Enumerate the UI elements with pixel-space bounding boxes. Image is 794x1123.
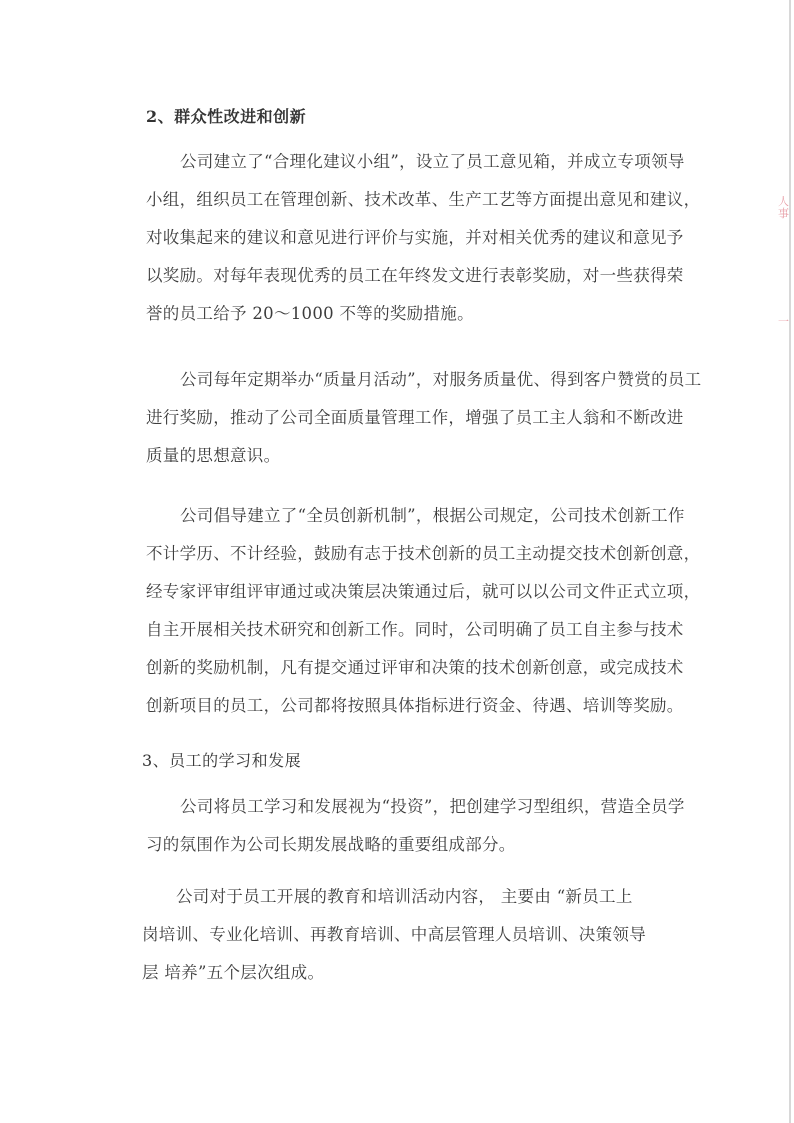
paragraph-suggestion-group: 公司建立了“合理化建议小组”，设立了员工意见箱，并成立专项领导 小组，组织员工在…	[146, 143, 726, 333]
paragraph-line: 习的氛围作为公司长期发展战略的重要组成部分。	[146, 826, 726, 864]
paragraph-line: 誉的员工给予 20～1000 不等的奖励措施。	[146, 295, 726, 333]
paragraph-line: 质量的思想意识。	[146, 437, 726, 475]
paragraph-line: 公司每年定期举办“质量月活动”，对服务质量优、得到客户赞赏的员工	[146, 361, 726, 399]
margin-stamp-middle: 一	[778, 316, 788, 328]
paragraph-line: 公司建立了“合理化建议小组”，设立了员工意见箱，并成立专项领导	[146, 143, 726, 181]
paragraph-line: 岗培训、专业化培训、再教育培训、中高层管理人员培训、决策领导	[142, 916, 722, 954]
paragraph-line: 公司将员工学习和发展视为“投资”，把创建学习型组织，营造全员学	[146, 788, 726, 826]
margin-stamp-top: 人事	[778, 196, 788, 220]
paragraph-line: 创新的奖励机制，凡有提交通过评审和决策的技术创新创意，或完成技术	[146, 649, 726, 687]
section-heading-2: 2、群众性改进和创新	[146, 104, 306, 127]
paragraph-line: 小组，组织员工在管理创新、技术改革、生产工艺等方面提出意见和建议，	[146, 181, 726, 219]
paragraph-training-levels: 公司对于员工开展的教育和培训活动内容， 主要由 “新员工上 岗培训、专业化培训、…	[142, 878, 722, 992]
paragraph-line: 以奖励。对每年表现优秀的员工在年终发文进行表彰奖励，对一些获得荣	[146, 257, 726, 295]
section-heading-3: 3、员工的学习和发展	[142, 748, 301, 771]
paragraph-quality-month: 公司每年定期举办“质量月活动”，对服务质量优、得到客户赞赏的员工 进行奖励，推动…	[146, 361, 726, 475]
paragraph-innovation-mechanism: 公司倡导建立了“全员创新机制”，根据公司规定，公司技术创新工作 不计学历、不计经…	[146, 497, 726, 725]
scan-edge-line	[789, 0, 791, 1123]
paragraph-line: 公司对于员工开展的教育和培训活动内容， 主要由 “新员工上	[142, 878, 722, 916]
paragraph-line: 层 培养”五个层次组成。	[142, 954, 722, 992]
paragraph-line: 对收集起来的建议和意见进行评价与实施，并对相关优秀的建议和意见予	[146, 219, 726, 257]
paragraph-line: 不计学历、不计经验，鼓励有志于技术创新的员工主动提交技术创新创意，	[146, 535, 726, 573]
paragraph-learning-investment: 公司将员工学习和发展视为“投资”，把创建学习型组织，营造全员学 习的氛围作为公司…	[146, 788, 726, 864]
paragraph-line: 创新项目的员工，公司都将按照具体指标进行资金、待遇、培训等奖励。	[146, 687, 726, 725]
document-page: 人事 一 2、群众性改进和创新 公司建立了“合理化建议小组”，设立了员工意见箱，…	[0, 0, 794, 1123]
paragraph-line: 经专家评审组评审通过或决策层决策通过后，就可以以公司文件正式立项，	[146, 573, 726, 611]
paragraph-line: 自主开展相关技术研究和创新工作。同时，公司明确了员工自主参与技术	[146, 611, 726, 649]
paragraph-line: 公司倡导建立了“全员创新机制”，根据公司规定，公司技术创新工作	[146, 497, 726, 535]
paragraph-line: 进行奖励，推动了公司全面质量管理工作，增强了员工主人翁和不断改进	[146, 399, 726, 437]
